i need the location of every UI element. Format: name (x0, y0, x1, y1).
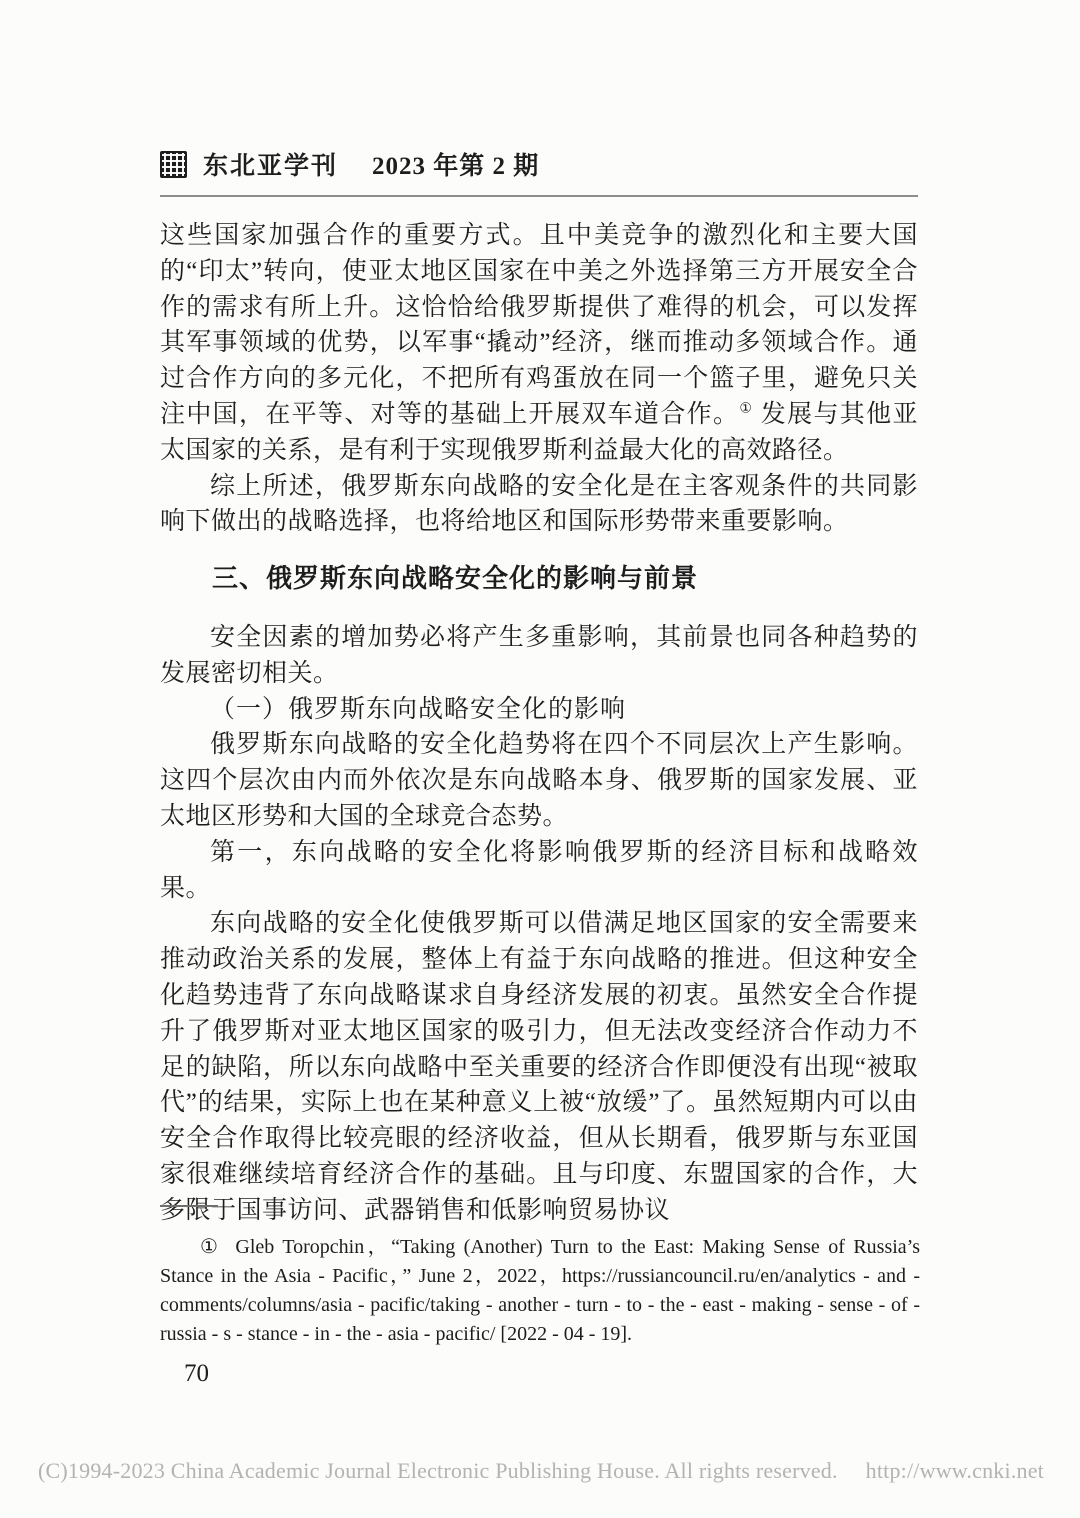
footnote-marker: ① (200, 1236, 221, 1258)
paragraph-security-factor: 安全因素的增加势必将产生多重影响，其前景也同各种趋势的发展密切相关。 (160, 620, 918, 692)
journal-scan-page: 东北亚学刊 2023 年第 2 期 这些国家加强合作的重要方式。且中美竞争的激烈… (0, 0, 1080, 1518)
journal-title: 东北亚学刊 (203, 146, 338, 182)
page-content: 东北亚学刊 2023 年第 2 期 这些国家加强合作的重要方式。且中美竞争的激烈… (160, 146, 918, 1229)
footnote-text: Gleb Toropchin，“Taking (Another) Turn to… (160, 1236, 920, 1345)
journal-header: 东北亚学刊 2023 年第 2 期 (160, 146, 918, 182)
article-body: 这些国家加强合作的重要方式。且中美竞争的激烈化和主要大国的“印太”转向，使亚太地… (160, 218, 918, 1229)
journal-issue: 2023 年第 2 期 (372, 146, 539, 182)
page-number: 70 (184, 1360, 209, 1388)
footnote-divider (160, 1205, 218, 1207)
journal-seal-icon (160, 151, 187, 178)
paragraph-economic-impact: 东向战略的安全化使俄罗斯可以借满足地区国家的安全需要来推动政治关系的发展，整体上… (160, 906, 918, 1228)
scan-footer: (C)1994-2023 China Academic Journal Elec… (38, 1458, 1044, 1484)
header-divider (160, 195, 918, 197)
paragraph-continued: 这些国家加强合作的重要方式。且中美竞争的激烈化和主要大国的“印太”转向，使亚太地… (160, 218, 918, 469)
paragraph-summary: 综上所述，俄罗斯东向战略的安全化是在主客观条件的共同影响下做出的战略选择，也将给… (160, 469, 918, 541)
footnote-block: ①Gleb Toropchin，“Taking (Another) Turn t… (160, 1205, 920, 1349)
paragraph-text: 这些国家加强合作的重要方式。且中美竞争的激烈化和主要大国的“印太”转向，使亚太地… (160, 222, 918, 428)
section-heading: 三、俄罗斯东向战略安全化的影响与前景 (160, 561, 918, 597)
cnki-url: http://www.cnki.net (866, 1458, 1044, 1484)
paragraph-first-point: 第一，东向战略的安全化将影响俄罗斯的经济目标和战略效果。 (160, 835, 918, 907)
footnote-reference-mark: ① (739, 402, 753, 417)
paragraph-four-levels: 俄罗斯东向战略的安全化趋势将在四个不同层次上产生影响。这四个层次由内而外依次是东… (160, 727, 918, 834)
subsection-heading: （一）俄罗斯东向战略安全化的影响 (160, 692, 918, 728)
copyright-notice: (C)1994-2023 China Academic Journal Elec… (38, 1458, 838, 1484)
footnote: ①Gleb Toropchin，“Taking (Another) Turn t… (160, 1233, 920, 1349)
